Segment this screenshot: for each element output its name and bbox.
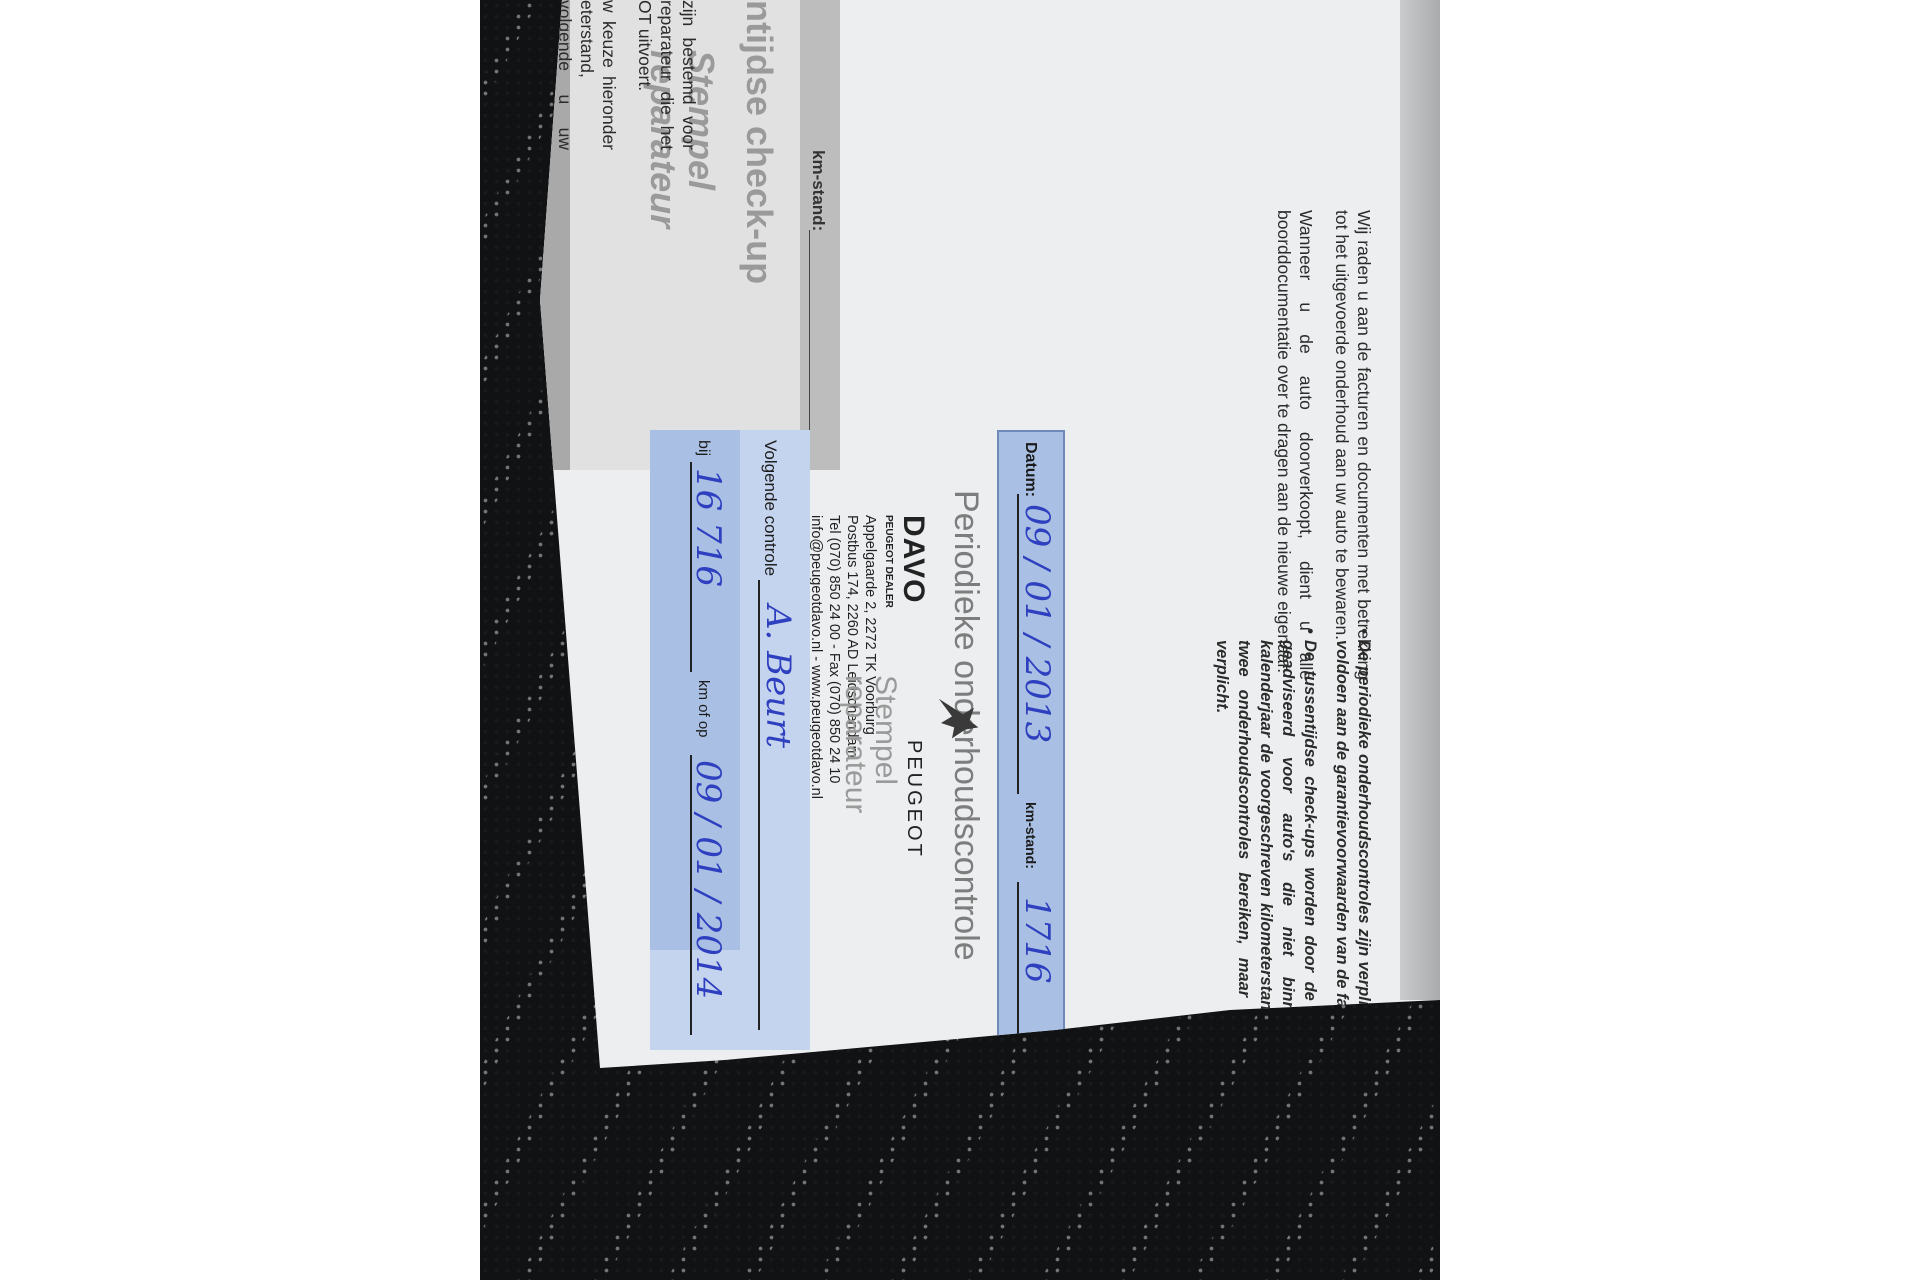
advice-paragraph-1: Wij raden u aan de facturen en documente… [1331,210,1375,680]
datum-bar: Datum: 09 / 01 / 2013 km-stand: 1716 [997,430,1065,1050]
peugeot-lion-logo-icon [930,690,985,745]
mechanic-signature[interactable]: A. Beurt [758,605,798,748]
next-km-handwritten[interactable]: 16 716 [688,468,728,587]
next-date-handwritten[interactable]: 09 / 01 / 2014 [688,760,728,999]
km-stand-handwritten[interactable]: 1716 [1017,897,1057,984]
peugeot-brand-text: PEUGEOT [902,740,925,859]
km-of-op-label: km of op [695,680,712,738]
gray-header-band [800,0,840,470]
stamp-placeholder-text: Stempel reparateur [840,675,900,813]
advice-paragraph-2: Wanneer u de auto doorverkoopt, dient u … [1273,210,1317,680]
next-check-strip: bij 16 716 km of op 09 / 01 / 2014 [650,430,740,950]
stamp-placeholder-line1: Stempel [870,675,900,813]
bullet-icon: • [1353,628,1375,634]
advice-text-column: Wij raden u aan de facturen en documente… [1259,210,1375,680]
gray-km-line [809,230,810,460]
next-check-label: Volgende controle [760,440,780,576]
bullet-icon: • [1299,628,1321,634]
left-paragraph-1: zijn bestemd voor reparateur die het OT … [634,0,700,150]
gray-km-stand-label: km-stand: [808,150,828,231]
next-check-panel: Volgende controle A. Beurt bij 16 716 km… [650,430,810,1050]
km-stand-label: km-stand: [1023,802,1039,869]
bij-label: bij [694,440,712,456]
datum-handwritten[interactable]: 09 / 01 / 2013 [1017,504,1057,743]
gray-panel-title: ntijdse check-up [738,0,780,284]
datum-label: Datum: [1021,442,1039,497]
photo: km-stand: ntijdse check-up Stempel repar… [480,0,1440,1280]
stamp-placeholder-line2: reparateur [840,675,870,813]
